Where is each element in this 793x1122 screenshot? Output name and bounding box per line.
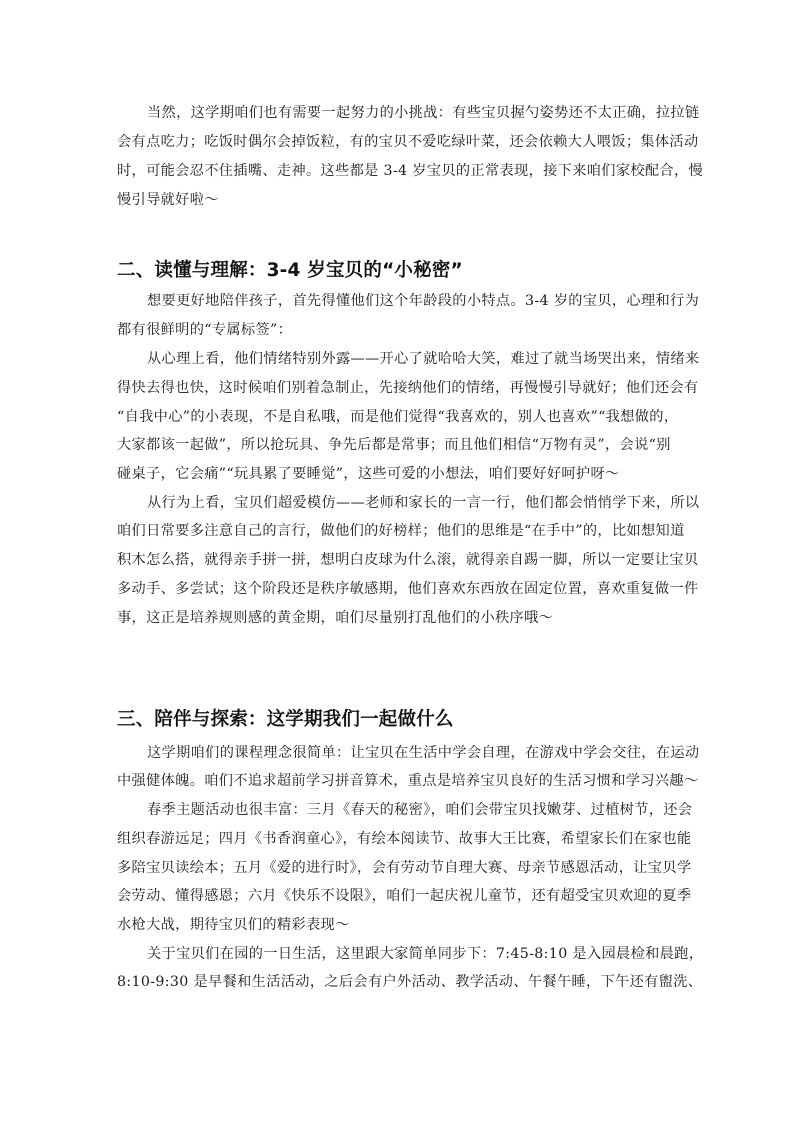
paragraph-line: 这学期咱们的课程理念很简单：让宝贝在生活中学会自理，在游戏中学会交往，在运动	[147, 744, 677, 762]
paragraph-line: 得快去得也快，这时候咱们别着急制止，先接纳他们的情绪，再慢慢引导就好；他们还会有	[117, 379, 677, 397]
paragraph-line: 慢引导就好啦～	[117, 191, 677, 209]
paragraph-line: “自我中心”的小表现，不是自私哦，而是他们觉得“我喜欢的，别人也喜欢”“我想做的…	[117, 408, 677, 426]
paragraph-line: 咱们日常要多注意自己的言行，做他们的好榜样；他们的思维是“在手中”的，比如想知道	[117, 522, 677, 540]
document-page: 当然，这学期咱们也有需要一起努力的小挑战：有些宝贝握勺姿势还不太正确，拉拉链 会…	[0, 0, 793, 1122]
paragraph-line: 事，这正是培养规则感的黄金期，咱们尽量别打乱他们的小秩序哦～	[117, 609, 677, 627]
paragraph-line: 会有点吃力；吃饭时偶尔会掉饭粒，有的宝贝不爱吃绿叶菜，还会依赖大人喂饭；集体活动	[117, 133, 677, 151]
paragraph-line: 水枪大战，期待宝贝们的精彩表现～	[117, 916, 677, 934]
paragraph-line: 多陪宝贝读绘本；五月《爱的进行时》，会有劳动节自理大赛、母亲节感恩活动，让宝贝学	[117, 859, 677, 877]
paragraph-line: 从行为上看，宝贝们超爱模仿——老师和家长的一言一行，他们都会悄悄学下来，所以	[147, 494, 677, 512]
paragraph-line: 会劳动、懂得感恩；六月《快乐不设限》，咱们一起庆祝儿童节，还有超受宝贝欢迎的夏季	[117, 887, 677, 905]
paragraph-line: 时，可能会忍不住插嘴、走神。这些都是 3-4 岁宝贝的正常表现，接下来咱们家校配…	[117, 162, 677, 180]
paragraph-line: 关于宝贝们在园的一日生活，这里跟大家简单同步下：7:45-8:10 是入园晨检和…	[147, 945, 677, 963]
paragraph-line: 8:10-9:30 是早餐和生活活动，之后会有户外活动、教学活动、午餐午睡，下午…	[117, 973, 677, 991]
paragraph-line: 当然，这学期咱们也有需要一起努力的小挑战：有些宝贝握勺姿势还不太正确，拉拉链	[147, 104, 677, 122]
paragraph-line: 都有很鲜明的“专属标签”：	[117, 321, 677, 339]
section-heading-3: 三、陪伴与探索：这学期我们一起做什么	[117, 708, 454, 732]
section-heading-2: 二、读懂与理解：3-4 岁宝贝的“小秘密”	[117, 259, 463, 283]
paragraph-line: 想要更好地陪伴孩子，首先得懂他们这个年龄段的小特点。3-4 岁的宝贝，心理和行为	[147, 292, 677, 310]
paragraph-line: 中强健体魄。咱们不追求超前学习拼音算术，重点是培养宝贝良好的生活习惯和学习兴趣～	[117, 772, 677, 790]
paragraph-line: 碰桌子，它会痛”“玩具累了要睡觉”，这些可爱的小想法，咱们要好好呵护呀～	[117, 465, 677, 483]
paragraph-line: 春季主题活动也很丰富：三月《春天的秘密》，咱们会带宝贝找嫩芽、过植树节，还会	[147, 801, 677, 819]
paragraph-line: 组织春游远足；四月《书香润童心》，有绘本阅读节、故事大王比赛，希望家长们在家也能	[117, 830, 677, 848]
paragraph-line: 大家都该一起做”，所以抢玩具、争先后都是常事；而且他们相信“万物有灵”，会说“别	[117, 436, 677, 454]
paragraph-line: 积木怎么搭，就得亲手拼一拼，想明白皮球为什么滚，就得亲自踢一脚，所以一定要让宝贝	[117, 551, 677, 569]
paragraph-line: 从心理上看，他们情绪特别外露——开心了就哈哈大笑，难过了就当场哭出来，情绪来	[147, 350, 677, 368]
paragraph-line: 多动手、多尝试；这个阶段还是秩序敏感期，他们喜欢东西放在固定位置，喜欢重复做一件	[117, 580, 677, 598]
